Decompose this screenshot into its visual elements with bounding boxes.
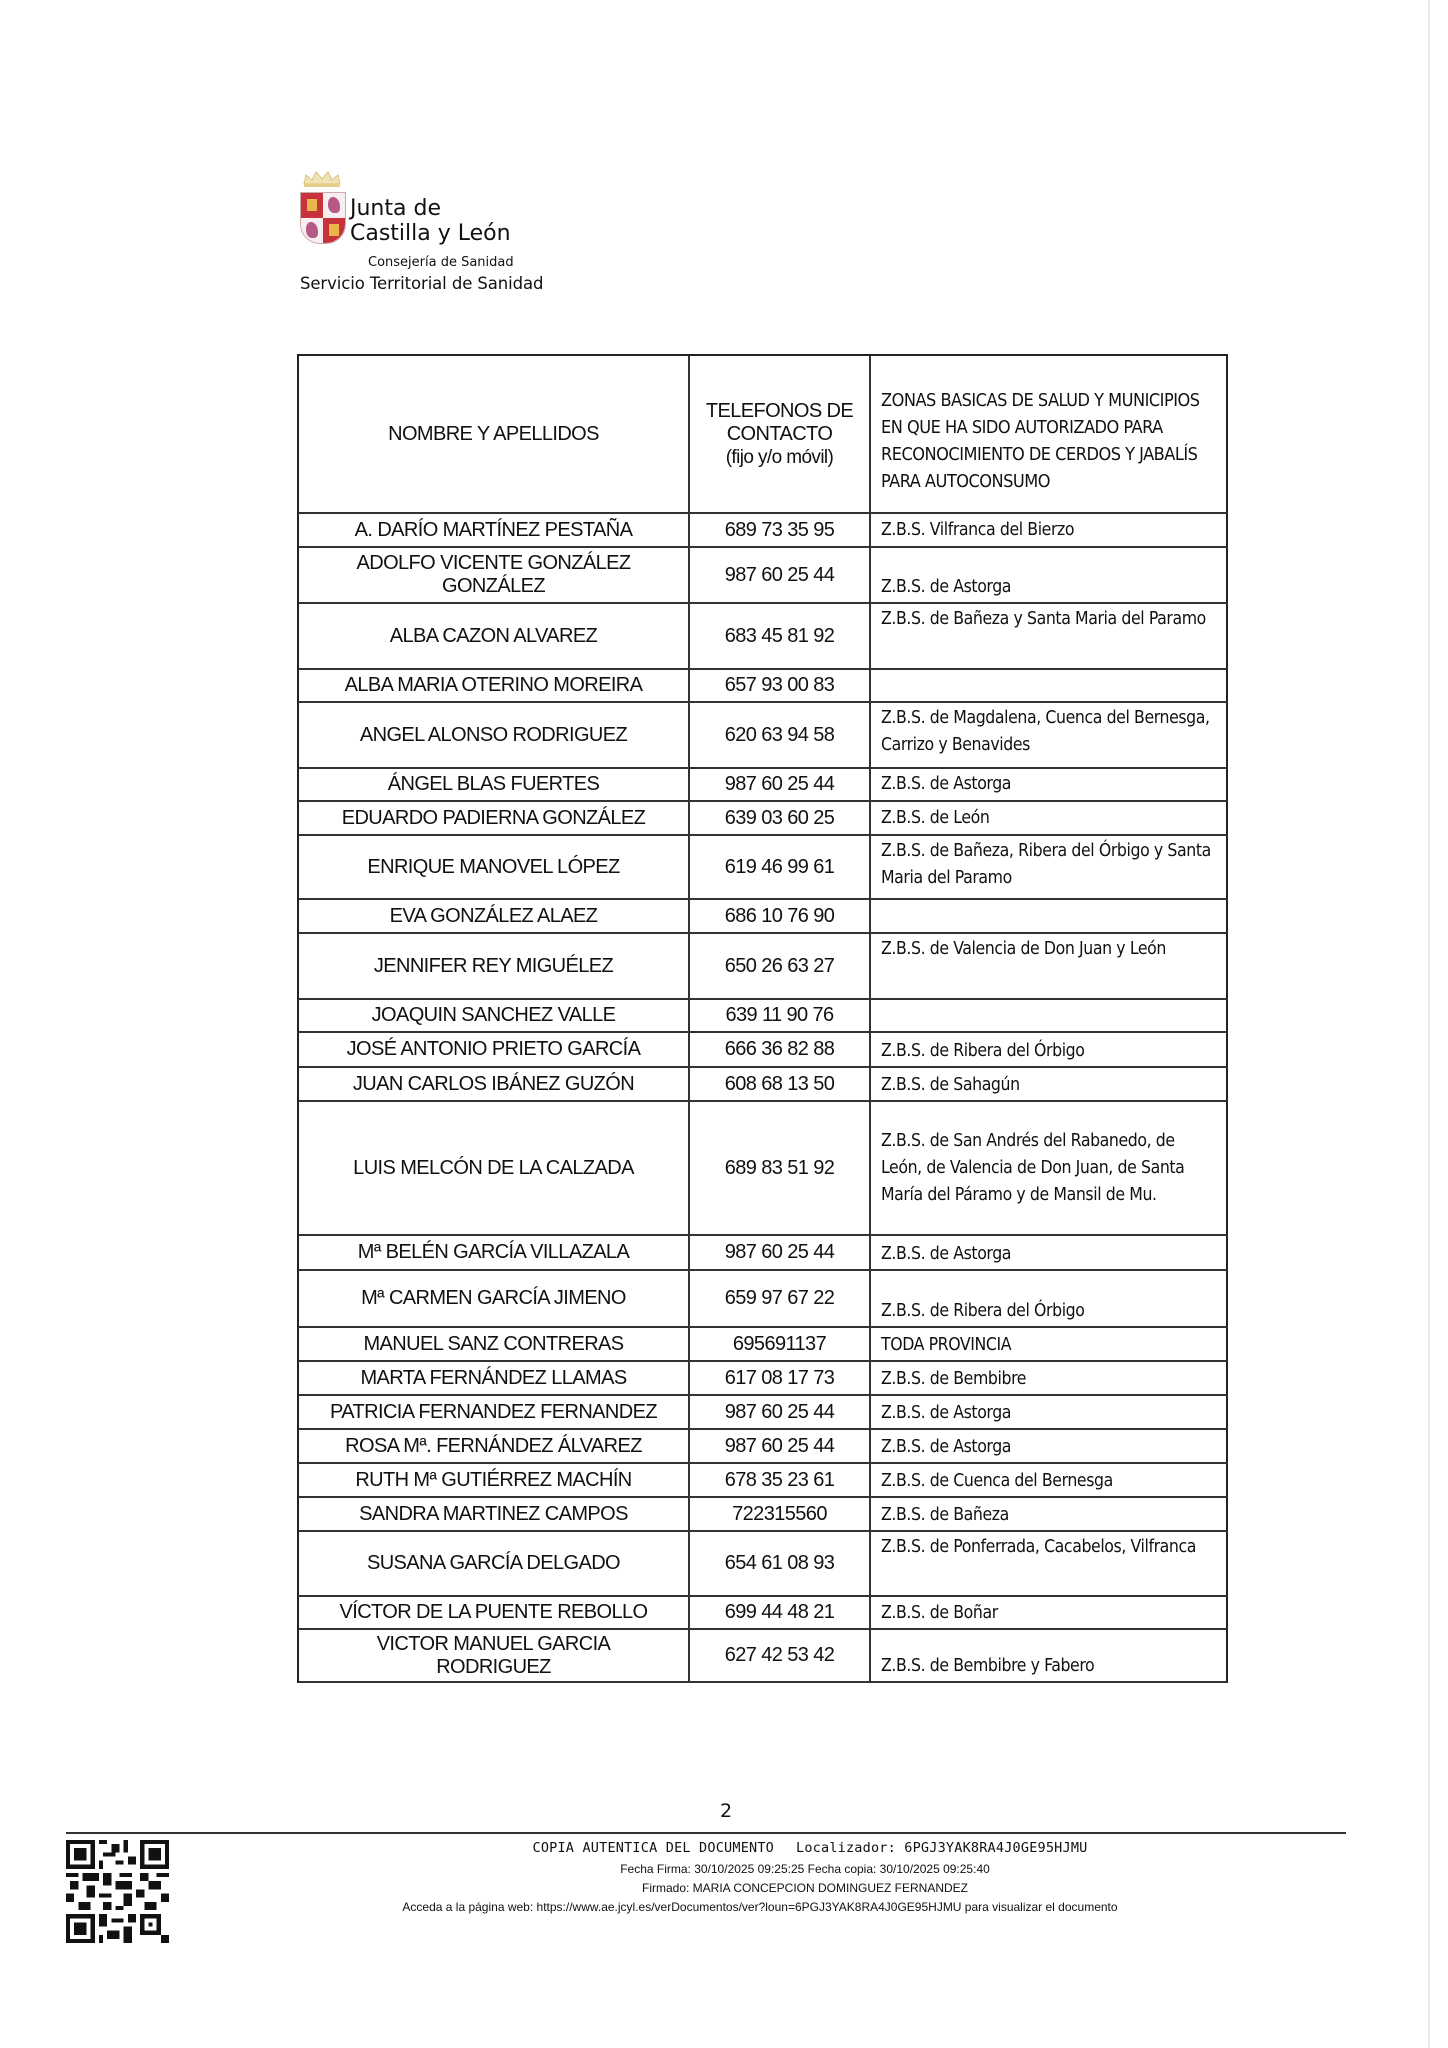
health-zone (871, 1000, 1226, 1031)
person-name: ÁNGEL BLAS FUERTES (299, 769, 690, 800)
table-row: ROSA Mª. FERNÁNDEZ ÁLVAREZ987 60 25 44Z.… (297, 1430, 1228, 1464)
health-zone: Z.B.S. de Ribera del Órbigo (871, 1271, 1226, 1326)
brand-name: Junta de Castilla y León (350, 196, 511, 246)
table-row: JOSÉ ANTONIO PRIETO GARCÍA666 36 82 88Z.… (297, 1033, 1228, 1068)
health-zone: Z.B.S. de Bañeza, Ribera del Órbigo y Sa… (871, 836, 1226, 898)
contact-phone: 686 10 76 90 (690, 900, 871, 932)
contact-phone: 639 03 60 25 (690, 802, 871, 834)
verification-url[interactable]: Acceda a la página web: https://www.ae.j… (260, 1900, 1260, 1914)
contact-phone: 617 08 17 73 (690, 1362, 871, 1394)
table-row: RUTH Mª GUTIÉRREZ MACHÍN678 35 23 61Z.B.… (297, 1464, 1228, 1498)
person-name: SUSANA GARCÍA DELGADO (299, 1532, 690, 1595)
footer-divider (66, 1832, 1346, 1834)
person-name: LUIS MELCÓN DE LA CALZADA (299, 1102, 690, 1234)
contact-phone: 657 93 00 83 (690, 670, 871, 701)
health-zone: TODA PROVINCIA (871, 1328, 1226, 1360)
person-name: JOSÉ ANTONIO PRIETO GARCÍA (299, 1033, 690, 1066)
person-name: MANUEL SANZ CONTRERAS (299, 1328, 690, 1360)
contact-phone: 627 42 53 42 (690, 1630, 871, 1681)
signature-dates: Fecha Firma: 30/10/2025 09:25:25 Fecha c… (355, 1862, 1255, 1876)
person-name: ALBA MARIA OTERINO MOREIRA (299, 670, 690, 701)
person-name: RUTH Mª GUTIÉRREZ MACHÍN (299, 1464, 690, 1496)
health-zone: Z.B.S. de Astorga (871, 1236, 1226, 1269)
person-name: ROSA Mª. FERNÁNDEZ ÁLVAREZ (299, 1430, 690, 1462)
health-zone: Z.B.S. de Bañeza (871, 1498, 1226, 1530)
person-name: MARTA FERNÁNDEZ LLAMAS (299, 1362, 690, 1394)
table-row: ALBA CAZON ALVAREZ683 45 81 92Z.B.S. de … (297, 604, 1228, 670)
table-row: Mª BELÉN GARCÍA VILLAZALA987 60 25 44Z.B… (297, 1236, 1228, 1271)
contact-phone: 689 83 51 92 (690, 1102, 871, 1234)
health-zone: Z.B.S. de León (871, 802, 1226, 834)
person-name: VICTOR MANUEL GARCIA RODRIGUEZ (299, 1630, 690, 1681)
phone-header-line-1: TELEFONOS DE (706, 400, 853, 423)
brand-line-2: Castilla y León (350, 221, 511, 246)
contact-phone: 689 73 35 95 (690, 514, 871, 546)
health-zone: Z.B.S. de Astorga (871, 1430, 1226, 1462)
phone-header-line-2: CONTACTO (706, 423, 853, 446)
qr-code-icon[interactable] (66, 1840, 169, 1943)
table-row: ADOLFO VICENTE GONZÁLEZ GONZÁLEZ987 60 2… (297, 548, 1228, 604)
castilla-leon-crest-icon (300, 192, 346, 244)
health-zone: Z.B.S. de Boñar (871, 1597, 1226, 1628)
table-header-row: NOMBRE Y APELLIDOS TELEFONOS DE CONTACTO… (297, 354, 1228, 514)
contact-phone: 699 44 48 21 (690, 1597, 871, 1628)
contact-phone: 620 63 94 58 (690, 703, 871, 767)
person-name: Mª CARMEN GARCÍA JIMENO (299, 1271, 690, 1326)
person-name: EVA GONZÁLEZ ALAEZ (299, 900, 690, 932)
health-zone: Z.B.S. de San Andrés del Rabanedo, de Le… (871, 1102, 1226, 1234)
signed-by: Firmado: MARIA CONCEPCION DOMINGUEZ FERN… (355, 1881, 1255, 1895)
person-name: ENRIQUE MANOVEL LÓPEZ (299, 836, 690, 898)
page-edge (1428, 0, 1430, 2048)
table-row: A. DARÍO MARTÍNEZ PESTAÑA689 73 35 95Z.B… (297, 514, 1228, 548)
person-name: ALBA CAZON ALVAREZ (299, 604, 690, 668)
table-row: SANDRA MARTINEZ CAMPOS722315560Z.B.S. de… (297, 1498, 1228, 1532)
person-name: JOAQUIN SANCHEZ VALLE (299, 1000, 690, 1031)
table-row: ANGEL ALONSO RODRIGUEZ620 63 94 58Z.B.S.… (297, 703, 1228, 769)
contact-phone: 987 60 25 44 (690, 769, 871, 800)
table-row: Mª CARMEN GARCÍA JIMENO659 97 67 22Z.B.S… (297, 1271, 1228, 1328)
health-zone: Z.B.S. de Ribera del Órbigo (871, 1033, 1226, 1066)
column-header-zone: ZONAS BASICAS DE SALUD Y MUNICIPIOS EN Q… (871, 356, 1226, 512)
contact-phone: 722315560 (690, 1498, 871, 1530)
contact-phone: 659 97 67 22 (690, 1271, 871, 1326)
authentic-copy-label: COPIA AUTENTICA DEL DOCUMENTO (533, 1840, 775, 1856)
table-row: SUSANA GARCÍA DELGADO654 61 08 93Z.B.S. … (297, 1532, 1228, 1597)
table-row: ENRIQUE MANOVEL LÓPEZ619 46 99 61Z.B.S. … (297, 836, 1228, 900)
contact-phone: 650 26 63 27 (690, 934, 871, 998)
health-zone: Z.B.S. de Sahagún (871, 1068, 1226, 1100)
health-zone: Z.B.S. de Bembibre y Fabero (871, 1630, 1226, 1681)
contact-phone: 619 46 99 61 (690, 836, 871, 898)
person-name: A. DARÍO MARTÍNEZ PESTAÑA (299, 514, 690, 546)
brand-line-1: Junta de (350, 196, 511, 221)
health-zone (871, 900, 1226, 932)
locator-code: 6PGJ3YAK8RA4J0GE95HJMU (904, 1840, 1087, 1856)
contact-phone: 666 36 82 88 (690, 1033, 871, 1066)
contact-phone: 608 68 13 50 (690, 1068, 871, 1100)
health-zone: Z.B.S. de Astorga (871, 548, 1226, 602)
table-row: JOAQUIN SANCHEZ VALLE639 11 90 76 (297, 1000, 1228, 1033)
contact-phone: 987 60 25 44 (690, 1236, 871, 1269)
person-name: EDUARDO PADIERNA GONZÁLEZ (299, 802, 690, 834)
table-row: VICTOR MANUEL GARCIA RODRIGUEZ627 42 53 … (297, 1630, 1228, 1683)
health-zone: Z.B.S. Vilfranca del Bierzo (871, 514, 1226, 546)
contact-phone: 695691137 (690, 1328, 871, 1360)
table-row: JUAN CARLOS IBÁNEZ GUZÓN608 68 13 50Z.B.… (297, 1068, 1228, 1102)
health-zone (871, 670, 1226, 701)
table-row: MARTA FERNÁNDEZ LLAMAS617 08 17 73Z.B.S.… (297, 1362, 1228, 1396)
health-zone: Z.B.S. de Bañeza y Santa Maria del Param… (871, 604, 1226, 668)
health-zone: Z.B.S. de Astorga (871, 1396, 1226, 1428)
health-zone: Z.B.S. de Valencia de Don Juan y León (871, 934, 1226, 998)
contact-phone: 678 35 23 61 (690, 1464, 871, 1496)
column-header-name: NOMBRE Y APELLIDOS (299, 356, 690, 512)
table-row: PATRICIA FERNANDEZ FERNANDEZ987 60 25 44… (297, 1396, 1228, 1430)
person-name: JUAN CARLOS IBÁNEZ GUZÓN (299, 1068, 690, 1100)
person-name: Mª BELÉN GARCÍA VILLAZALA (299, 1236, 690, 1269)
table-row: MANUEL SANZ CONTRERAS695691137TODA PROVI… (297, 1328, 1228, 1362)
health-zone: Z.B.S. de Bembibre (871, 1362, 1226, 1394)
department-name: Consejería de Sanidad (368, 255, 514, 270)
authentic-copy-line: COPIA AUTENTICA DEL DOCUMENTOLocalizador… (360, 1840, 1260, 1856)
contact-phone: 987 60 25 44 (690, 1430, 871, 1462)
contact-phone: 683 45 81 92 (690, 604, 871, 668)
table-row: EVA GONZÁLEZ ALAEZ686 10 76 90 (297, 900, 1228, 934)
health-zone: Z.B.S. de Astorga (871, 769, 1226, 800)
authorized-veterinarians-table: NOMBRE Y APELLIDOS TELEFONOS DE CONTACTO… (297, 354, 1228, 1683)
contact-phone: 987 60 25 44 (690, 548, 871, 602)
column-header-phone: TELEFONOS DE CONTACTO (fijo y/o móvil) (690, 356, 871, 512)
health-zone: Z.B.S. de Cuenca del Bernesga (871, 1464, 1226, 1496)
person-name: ADOLFO VICENTE GONZÁLEZ GONZÁLEZ (299, 548, 690, 602)
crown-icon (302, 170, 342, 188)
health-zone: Z.B.S. de Magdalena, Cuenca del Bernesga… (871, 703, 1226, 767)
contact-phone: 639 11 90 76 (690, 1000, 871, 1031)
table-row: EDUARDO PADIERNA GONZÁLEZ639 03 60 25Z.B… (297, 802, 1228, 836)
person-name: ANGEL ALONSO RODRIGUEZ (299, 703, 690, 767)
service-name: Servicio Territorial de Sanidad (300, 274, 543, 293)
person-name: SANDRA MARTINEZ CAMPOS (299, 1498, 690, 1530)
table-row: VÍCTOR DE LA PUENTE REBOLLO699 44 48 21Z… (297, 1597, 1228, 1630)
locator-label: Localizador: (796, 1840, 896, 1856)
table-row: ALBA MARIA OTERINO MOREIRA657 93 00 83 (297, 670, 1228, 703)
contact-phone: 654 61 08 93 (690, 1532, 871, 1595)
table-row: LUIS MELCÓN DE LA CALZADA689 83 51 92Z.B… (297, 1102, 1228, 1236)
table-row: ÁNGEL BLAS FUERTES987 60 25 44Z.B.S. de … (297, 769, 1228, 802)
person-name: PATRICIA FERNANDEZ FERNANDEZ (299, 1396, 690, 1428)
phone-header-line-3: (fijo y/o móvil) (706, 446, 853, 469)
table-row: JENNIFER REY MIGUÉLEZ650 26 63 27Z.B.S. … (297, 934, 1228, 1000)
person-name: VÍCTOR DE LA PUENTE REBOLLO (299, 1597, 690, 1628)
contact-phone: 987 60 25 44 (690, 1396, 871, 1428)
person-name: JENNIFER REY MIGUÉLEZ (299, 934, 690, 998)
page-number: 2 (720, 1800, 732, 1822)
health-zone: Z.B.S. de Ponferrada, Cacabelos, Vilfran… (871, 1532, 1226, 1595)
